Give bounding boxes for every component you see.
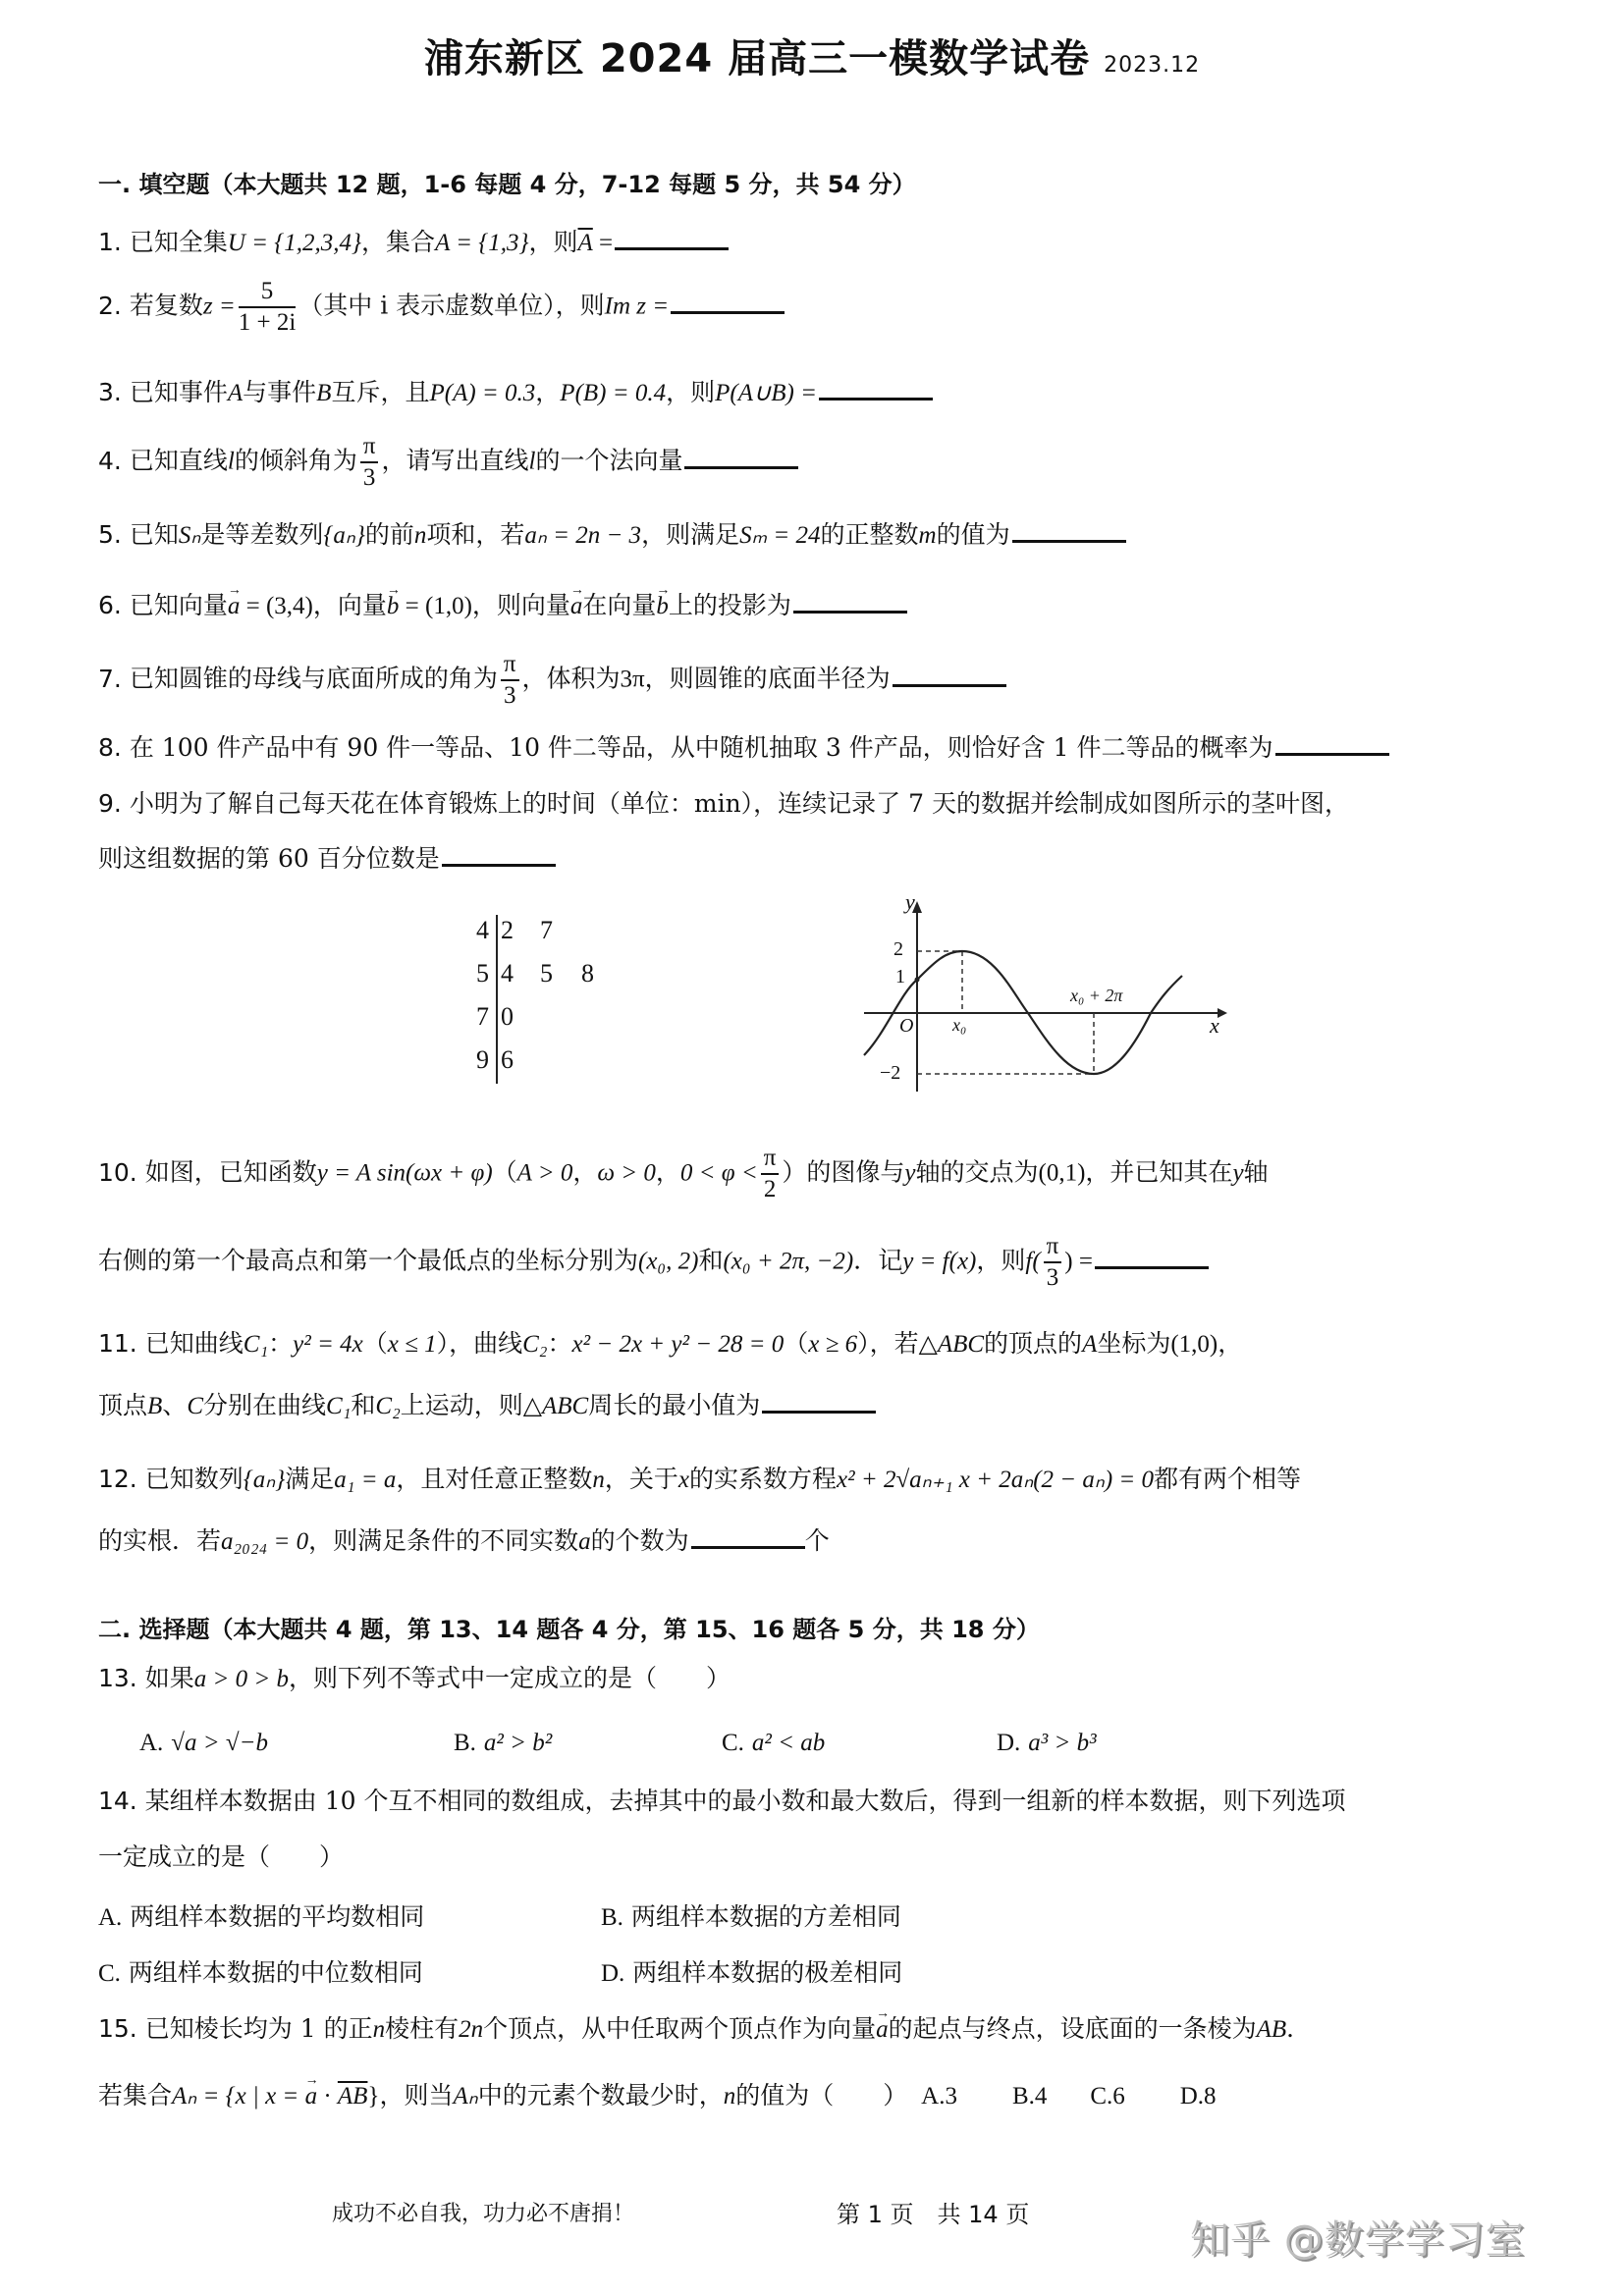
option-value: a³ > b³ bbox=[1028, 1730, 1096, 1756]
q-text: 若复数 bbox=[130, 292, 203, 320]
question-number: 4. bbox=[98, 447, 122, 475]
q-math: } bbox=[367, 2083, 379, 2109]
q-text: 满足 bbox=[285, 1465, 334, 1493]
option-label: D. bbox=[997, 1730, 1020, 1756]
option-a[interactable]: A. 两组样本数据的平均数相同 bbox=[98, 1897, 424, 1933]
fraction: π3 bbox=[501, 650, 519, 711]
q-math: C₁ bbox=[326, 1393, 351, 1419]
answer-blank[interactable] bbox=[793, 589, 907, 614]
question-number: 1. bbox=[98, 228, 122, 256]
q-text: ）的图像与 bbox=[782, 1158, 904, 1187]
q-math: (x₀ + 2π, −2) bbox=[723, 1249, 853, 1275]
q-math: Aₙ bbox=[453, 2083, 477, 2109]
q-text: 互斥，且 bbox=[331, 378, 429, 406]
q-text: 的顶点的 bbox=[984, 1329, 1082, 1358]
option-value: 两组样本数据的方差相同 bbox=[631, 1902, 901, 1931]
y-tick-1: 1 bbox=[895, 966, 905, 988]
question-8: 8.在 100 件产品中有 90 件一等品、10 件二等品，从中随机抽取 3 件… bbox=[98, 731, 1389, 765]
q-math: P(A) = 0.3 bbox=[429, 380, 535, 406]
question-number: 14. bbox=[98, 1787, 137, 1815]
q-text: ，且对任意正整数 bbox=[396, 1465, 592, 1493]
option-value: √a > √−b bbox=[171, 1730, 268, 1756]
answer-blank[interactable] bbox=[442, 842, 556, 867]
q-text: 的起点与终点，设底面的一条棱为 bbox=[889, 2014, 1257, 2043]
q-math: P(B) = 0.4 bbox=[560, 380, 666, 406]
q-text: 已知直线 bbox=[130, 447, 228, 475]
q-text: 的实系数方程 bbox=[689, 1465, 837, 1493]
q-text: ），曲线 bbox=[437, 1329, 523, 1358]
answer-blank[interactable] bbox=[1012, 518, 1126, 543]
q-text: ，则圆锥的底面半径为 bbox=[645, 665, 891, 693]
option-a[interactable]: A.3 bbox=[921, 2083, 957, 2109]
option-label: C. bbox=[722, 1730, 744, 1756]
q-text: 右侧的第一个最高点和第一个最低点的坐标分别为 bbox=[98, 1247, 638, 1275]
q-math: l bbox=[228, 449, 235, 475]
leaf: 8 bbox=[581, 954, 594, 993]
option-label: B. bbox=[1012, 2083, 1035, 2109]
q-math: n bbox=[724, 2083, 736, 2109]
q-math: n bbox=[592, 1467, 605, 1493]
fraction: π3 bbox=[1044, 1232, 1062, 1293]
question-9-line-2: 则这组数据的第 60 百分位数是 bbox=[98, 842, 556, 876]
option-label: C. bbox=[98, 1960, 121, 1987]
option-label: D. bbox=[1180, 2083, 1204, 2109]
q-text: 的个数为 bbox=[591, 1526, 689, 1555]
exam-date: 2023.12 bbox=[1104, 53, 1200, 78]
vector-b: b bbox=[656, 590, 669, 623]
q-math: x bbox=[678, 1467, 689, 1493]
question-number: 6. bbox=[98, 591, 122, 619]
stem: 5 bbox=[469, 954, 489, 993]
fraction: π3 bbox=[360, 432, 379, 493]
watermark: 知乎 @数学学习室 bbox=[1190, 2209, 1526, 2265]
q-text: ， bbox=[656, 1158, 680, 1187]
vector-ab: AB bbox=[338, 2083, 368, 2109]
q-math: m bbox=[919, 522, 937, 549]
option-value: 6 bbox=[1112, 2083, 1125, 2109]
q-text: 上运动，则△ bbox=[401, 1391, 542, 1419]
q-text: ， bbox=[535, 378, 560, 406]
question-number: 15. bbox=[98, 2014, 137, 2043]
stem: 4 bbox=[469, 911, 489, 950]
question-number: 7. bbox=[98, 665, 122, 693]
q-math: a > 0 > b bbox=[194, 1666, 289, 1692]
q-text: 和 bbox=[351, 1391, 375, 1419]
title-text: 浦东新区 2024 届高三一模数学试卷 bbox=[424, 36, 1090, 81]
q-math: n bbox=[414, 522, 427, 549]
option-a[interactable]: A. √a > √−b bbox=[139, 1728, 268, 1757]
stem-divider bbox=[496, 915, 498, 1084]
option-value: 3 bbox=[945, 2083, 957, 2109]
denominator: 1 + 2i bbox=[239, 308, 297, 338]
q-math: A bbox=[228, 380, 243, 406]
q-math: ABC bbox=[542, 1393, 588, 1419]
q-text: 个顶点，从中任取两个顶点作为向量 bbox=[483, 2014, 876, 2043]
option-c[interactable]: C. a² < ab bbox=[722, 1728, 825, 1757]
numerator: 5 bbox=[239, 277, 297, 308]
q-math: {aₙ} bbox=[323, 522, 364, 549]
q-math: Sₙ bbox=[179, 522, 200, 549]
question-10: 10.如图，已知函数y = A sin(ωx + φ)（A > 0，ω > 0，… bbox=[98, 1144, 1269, 1204]
footer-motto: 成功不必自我，功力必不唐捐！ bbox=[332, 2197, 634, 2227]
denominator: 3 bbox=[1044, 1263, 1062, 1293]
q-text: 若集合 bbox=[98, 2081, 172, 2109]
q-text: 某组样本数据由 10 个互不相同的数组成，去掉其中的最小数和最大数后，得到一组新… bbox=[145, 1787, 1346, 1815]
q-math: a₁ = a bbox=[334, 1467, 396, 1493]
answer-blank[interactable] bbox=[691, 1524, 805, 1549]
q-math: n bbox=[373, 2016, 386, 2043]
q-text: ，则向量 bbox=[472, 591, 570, 619]
denominator: 3 bbox=[360, 463, 379, 493]
page-number: 第 1 页 共 14 页 bbox=[837, 2195, 1029, 2229]
q-text: 是等差数列 bbox=[200, 520, 323, 549]
q-text: ： bbox=[547, 1329, 571, 1358]
q-math: P(A∪B) = bbox=[715, 380, 817, 406]
numerator: π bbox=[360, 432, 379, 463]
stem: 9 bbox=[469, 1041, 489, 1080]
q-text: 的前 bbox=[365, 520, 414, 549]
vector-a: a bbox=[876, 2013, 889, 2047]
leaf: 5 bbox=[540, 954, 553, 993]
section-heading-multiple-choice: 二. 选择题（本大题共 4 题，第 13、14 题各 4 分，第 15、16 题… bbox=[98, 1610, 1040, 1644]
q-math: x² + 2√aₙ₊₁ x + 2aₙ(2 − aₙ) = 0 bbox=[837, 1467, 1154, 1493]
q-math: C bbox=[187, 1393, 203, 1419]
q-text: ， bbox=[1218, 1329, 1242, 1358]
q-math: z = bbox=[203, 294, 236, 320]
question-15: 15.已知棱长均为 1 的正n棱柱有2n个顶点，从中任取两个顶点作为向量a的起点… bbox=[98, 2012, 1311, 2047]
question-14: 14.某组样本数据由 10 个互不相同的数组成，去掉其中的最小数和最大数后，得到… bbox=[98, 1785, 1345, 1818]
q-text: 轴 bbox=[1244, 1158, 1269, 1187]
option-value: a² > b² bbox=[484, 1730, 552, 1756]
q-text: ，体积为 bbox=[522, 665, 621, 693]
section-heading-fill-blank: 一. 填空题（本大题共 12 题，1-6 每题 4 分，7-12 每题 5 分，… bbox=[98, 165, 916, 199]
option-d[interactable]: D.8 bbox=[1180, 2083, 1217, 2109]
q-text: 与事件 bbox=[243, 378, 316, 406]
answer-blank[interactable] bbox=[1275, 731, 1389, 756]
question-14-line-2: 一定成立的是（ ） bbox=[98, 1841, 344, 1874]
option-value: a² < ab bbox=[752, 1730, 825, 1756]
q-math: x ≤ 1 bbox=[388, 1331, 437, 1358]
x-tick-x0-plus-2pi: x₀ + 2π bbox=[1070, 986, 1122, 1006]
q-text: 已知棱长均为 1 的正 bbox=[145, 2014, 373, 2043]
q-text: 分别在曲线 bbox=[203, 1391, 326, 1419]
question-number: 12. bbox=[98, 1465, 137, 1493]
q-text: 轴的交点为 bbox=[916, 1158, 1039, 1187]
question-number: 3. bbox=[98, 378, 122, 406]
option-value: 两组样本数据的极差相同 bbox=[632, 1958, 902, 1987]
question-number: 9. bbox=[98, 789, 122, 818]
question-13: 13.如果a > 0 > b，则下列不等式中一定成立的是（ ） bbox=[98, 1662, 731, 1696]
numerator: π bbox=[501, 650, 519, 681]
q-text: 已知事件 bbox=[130, 378, 228, 406]
q-math: A = {1,3} bbox=[435, 230, 528, 256]
q-math: y² = 4x bbox=[293, 1331, 363, 1358]
q-text: ，则满足条件的不同实数 bbox=[308, 1526, 578, 1555]
q-math: C₂ bbox=[375, 1393, 400, 1419]
q-text: 已知数列 bbox=[145, 1465, 244, 1493]
q-math: = (1,0) bbox=[399, 593, 472, 619]
question-3: 3.已知事件A与事件B互斥，且P(A) = 0.3，P(B) = 0.4，则P(… bbox=[98, 376, 933, 410]
q-math: x ≥ 6 bbox=[808, 1331, 857, 1358]
q-math: ) = bbox=[1064, 1249, 1093, 1275]
leaf: 0 bbox=[501, 997, 514, 1037]
y-tick-neg2: −2 bbox=[880, 1062, 900, 1085]
q-text: 在 100 件产品中有 90 件一等品、10 件二等品，从中随机抽取 3 件产品… bbox=[130, 733, 1273, 762]
option-value: 4 bbox=[1035, 2083, 1048, 2109]
q-text: ，则 bbox=[529, 228, 578, 256]
page-title: 浦东新区 2024 届高三一模数学试卷2023.12 bbox=[0, 27, 1624, 83]
x-axis-label: x bbox=[1210, 1013, 1219, 1039]
q-text: 在向量 bbox=[582, 591, 656, 619]
q-text: （其中 i 表示虚数单位），则 bbox=[298, 292, 604, 320]
q-math: Aₙ = {x | x = bbox=[172, 2083, 305, 2109]
leaf: 2 bbox=[501, 911, 514, 950]
answer-blank[interactable] bbox=[819, 376, 933, 400]
q-math: 3π bbox=[621, 667, 645, 693]
q-text: 周长的最小值为 bbox=[588, 1391, 760, 1419]
leaf: 4 bbox=[501, 954, 514, 993]
origin-label: O bbox=[899, 1015, 913, 1038]
question-5: 5.已知Sₙ是等差数列{aₙ}的前n项和，若aₙ = 2n − 3，则满足Sₘ … bbox=[98, 518, 1126, 553]
option-c[interactable]: C.6 bbox=[1090, 2083, 1124, 2109]
q-math: y = f(x) bbox=[902, 1249, 976, 1275]
question-4: 4.已知直线l的倾斜角为π3，请写出直线l的一个法向量 bbox=[98, 432, 798, 493]
option-b[interactable]: B. a² > b² bbox=[454, 1728, 552, 1757]
q-text: （ bbox=[784, 1329, 808, 1358]
q-text: 棱柱有 bbox=[385, 2014, 459, 2043]
answer-blank[interactable] bbox=[615, 226, 729, 250]
question-11-line-2: 顶点B、C分别在曲线C₁和C₂上运动，则△ABC周长的最小值为 bbox=[98, 1389, 876, 1423]
option-label: B. bbox=[454, 1730, 476, 1756]
q-text: ，则满足 bbox=[641, 520, 739, 549]
leaf: 7 bbox=[540, 911, 553, 950]
stem: 7 bbox=[469, 997, 489, 1037]
y-axis-label: y bbox=[905, 889, 915, 915]
q-text: 的值为（ ） bbox=[735, 2081, 907, 2109]
q-math: aₙ = 2n − 3 bbox=[524, 522, 641, 549]
q-math: B bbox=[316, 380, 331, 406]
q-text: ． bbox=[1286, 2014, 1311, 2043]
q-text: 都有两个相等 bbox=[1154, 1465, 1301, 1493]
q-text: 已知全集 bbox=[130, 228, 228, 256]
q-math: B bbox=[147, 1393, 162, 1419]
q-math: y bbox=[1232, 1160, 1243, 1187]
q-math: {aₙ} bbox=[244, 1467, 285, 1493]
q-text: 的正整数 bbox=[821, 520, 919, 549]
q-text: 的实根．若 bbox=[98, 1526, 221, 1555]
question-11: 11.已知曲线C₁：y² = 4x（x ≤ 1），曲线C₂：x² − 2x + … bbox=[98, 1327, 1242, 1362]
q-math: 2n bbox=[459, 2016, 483, 2043]
q-text: ，请写出直线 bbox=[381, 447, 528, 475]
option-label: A. bbox=[98, 1904, 122, 1931]
q-text: 和 bbox=[698, 1247, 723, 1275]
q-text: 已知向量 bbox=[130, 591, 228, 619]
q-math: A bbox=[1082, 1331, 1097, 1358]
option-value: 两组样本数据的中位数相同 bbox=[129, 1958, 423, 1987]
question-6: 6.已知向量a = (3,4)，向量b = (1,0)，则向量a在向量b上的投影… bbox=[98, 589, 907, 623]
option-c[interactable]: C. 两组样本数据的中位数相同 bbox=[98, 1953, 423, 1989]
q-text: 坐标为 bbox=[1097, 1329, 1170, 1358]
question-15-line-2: 若集合Aₙ = {x | x = a · AB}，则当Aₙ中的元素个数最少时，n… bbox=[98, 2079, 1217, 2113]
q-math: 0 < φ < bbox=[680, 1160, 758, 1187]
q-text: 已知曲线 bbox=[145, 1329, 244, 1358]
vector-a: a bbox=[305, 2080, 318, 2113]
option-value: 8 bbox=[1204, 2083, 1217, 2109]
q-math: · bbox=[317, 2083, 338, 2109]
q-text: （ bbox=[493, 1158, 517, 1187]
answer-blank[interactable] bbox=[684, 445, 798, 469]
question-number: 8. bbox=[98, 733, 122, 762]
q-math-complement: A bbox=[578, 230, 593, 256]
x-tick-x0: x₀ bbox=[952, 1015, 966, 1036]
q-math: (0,1) bbox=[1039, 1160, 1086, 1187]
option-d[interactable]: D. 两组样本数据的极差相同 bbox=[601, 1953, 902, 1989]
q-text: 个 bbox=[805, 1526, 830, 1555]
question-number: 5. bbox=[98, 520, 122, 549]
q-text: ，关于 bbox=[605, 1465, 678, 1493]
question-2: 2.若复数z =51 + 2i（其中 i 表示虚数单位），则Im z = bbox=[98, 277, 785, 338]
q-text: ，集合 bbox=[361, 228, 435, 256]
option-label: A. bbox=[139, 1730, 163, 1756]
q-text: ，则下列不等式中一定成立的是（ ） bbox=[289, 1664, 731, 1692]
q-text: ，向量 bbox=[313, 591, 387, 619]
q-text: 已知圆锥的母线与底面所成的角为 bbox=[130, 665, 498, 693]
q-math: a₂₀₂₄ = 0 bbox=[221, 1528, 308, 1555]
question-12: 12.已知数列{aₙ}满足a₁ = a，且对任意正整数n，关于x的实系数方程x²… bbox=[98, 1463, 1301, 1497]
q-math: (1,0) bbox=[1170, 1331, 1218, 1358]
q-text: 项和，若 bbox=[426, 520, 524, 549]
q-math: U = {1,2,3,4} bbox=[228, 230, 361, 256]
q-math: y = A sin(ωx + φ) bbox=[317, 1160, 493, 1187]
answer-blank[interactable] bbox=[1095, 1245, 1209, 1269]
option-label: C. bbox=[1090, 2083, 1112, 2109]
question-12-line-2: 的实根．若a₂₀₂₄ = 0，则满足条件的不同实数a的个数为个 bbox=[98, 1524, 830, 1559]
q-text: 、 bbox=[162, 1391, 187, 1419]
q-math: x² − 2x + y² − 28 = 0 bbox=[571, 1331, 784, 1358]
option-b[interactable]: B.4 bbox=[1012, 2083, 1047, 2109]
q-text: ， bbox=[572, 1158, 597, 1187]
answer-blank[interactable] bbox=[671, 290, 785, 314]
option-d[interactable]: D. a³ > b³ bbox=[997, 1728, 1097, 1757]
q-math: Sₘ = 24 bbox=[739, 522, 820, 549]
q-text: 的倾斜角为 bbox=[235, 447, 357, 475]
vector-a: a bbox=[570, 590, 583, 623]
question-number: 2. bbox=[98, 292, 122, 320]
vector-a: a bbox=[228, 590, 241, 623]
q-text: 如果 bbox=[145, 1664, 194, 1692]
numerator: π bbox=[761, 1144, 780, 1175]
y-tick-2: 2 bbox=[893, 938, 903, 961]
q-math: (x₀, 2) bbox=[638, 1249, 698, 1275]
q-text: 顶点 bbox=[98, 1391, 147, 1419]
q-text: （ bbox=[363, 1329, 388, 1358]
q-math: A > 0 bbox=[517, 1160, 573, 1187]
option-label: A. bbox=[921, 2083, 945, 2109]
q-math: ABC bbox=[938, 1331, 984, 1358]
question-number: 13. bbox=[98, 1664, 137, 1692]
answer-blank[interactable] bbox=[893, 663, 1006, 687]
denominator: 2 bbox=[761, 1175, 780, 1204]
answer-blank[interactable] bbox=[762, 1389, 876, 1414]
stem-leaf-plot: 4 2 7 5 4 5 8 7 0 9 6 bbox=[461, 911, 677, 1088]
option-value: 两组样本数据的平均数相同 bbox=[130, 1902, 424, 1931]
q-math: C₁ bbox=[244, 1331, 268, 1358]
q-text: 中的元素个数最少时， bbox=[478, 2081, 724, 2109]
q-text: ，则当 bbox=[379, 2081, 453, 2109]
vector-b: b bbox=[387, 590, 400, 623]
question-number: 10. bbox=[98, 1158, 137, 1187]
q-math: AB bbox=[1257, 2016, 1287, 2043]
sine-graph-svg bbox=[856, 895, 1229, 1101]
question-7: 7.已知圆锥的母线与底面所成的角为π3，体积为3π，则圆锥的底面半径为 bbox=[98, 650, 1006, 711]
q-text: 如图，已知函数 bbox=[145, 1158, 317, 1187]
q-text: 一定成立的是（ ） bbox=[98, 1842, 344, 1871]
option-b[interactable]: B. 两组样本数据的方差相同 bbox=[601, 1897, 901, 1933]
q-math: C₂ bbox=[522, 1331, 547, 1358]
option-label: D. bbox=[601, 1960, 624, 1987]
q-text: 已知 bbox=[130, 520, 179, 549]
leaf: 6 bbox=[501, 1041, 514, 1080]
option-label: B. bbox=[601, 1904, 623, 1931]
q-math: f( bbox=[1025, 1249, 1040, 1275]
q-text: 的值为 bbox=[937, 520, 1010, 549]
question-9: 9.小明为了解自己每天花在体育锻炼上的时间（单位：min），连续记录了 7 天的… bbox=[98, 787, 1349, 821]
numerator: π bbox=[1044, 1232, 1062, 1263]
q-text: 的一个法向量 bbox=[535, 447, 682, 475]
question-1: 1.已知全集U = {1,2,3,4}，集合A = {1,3}，则A = bbox=[98, 226, 729, 260]
fraction: 51 + 2i bbox=[239, 277, 297, 338]
q-math: = (3,4) bbox=[240, 593, 313, 619]
sine-graph: y x O 2 1 −2 x₀ x₀ + 2π bbox=[856, 895, 1229, 1101]
q-text: 上的投影为 bbox=[669, 591, 791, 619]
q-math: Im z = bbox=[605, 294, 669, 320]
q-text: 则这组数据的第 60 百分位数是 bbox=[98, 844, 440, 873]
q-text: = bbox=[593, 230, 613, 256]
q-text: ．记 bbox=[853, 1247, 902, 1275]
question-number: 11. bbox=[98, 1329, 137, 1358]
fraction: π2 bbox=[761, 1144, 780, 1204]
q-text: ，则 bbox=[976, 1247, 1025, 1275]
q-math: a bbox=[578, 1528, 591, 1555]
q-text: ： bbox=[268, 1329, 293, 1358]
denominator: 3 bbox=[501, 681, 519, 711]
q-text: ），若△ bbox=[857, 1329, 938, 1358]
q-text: ，则 bbox=[666, 378, 715, 406]
question-10-line-2: 右侧的第一个最高点和第一个最低点的坐标分别为(x₀, 2)和(x₀ + 2π, … bbox=[98, 1232, 1209, 1293]
q-text: 小明为了解自己每天花在体育锻炼上的时间（单位：min），连续记录了 7 天的数据… bbox=[130, 789, 1349, 818]
q-math: y bbox=[904, 1160, 915, 1187]
q-math: ω > 0 bbox=[597, 1160, 656, 1187]
q-text: ，并已知其在 bbox=[1085, 1158, 1232, 1187]
